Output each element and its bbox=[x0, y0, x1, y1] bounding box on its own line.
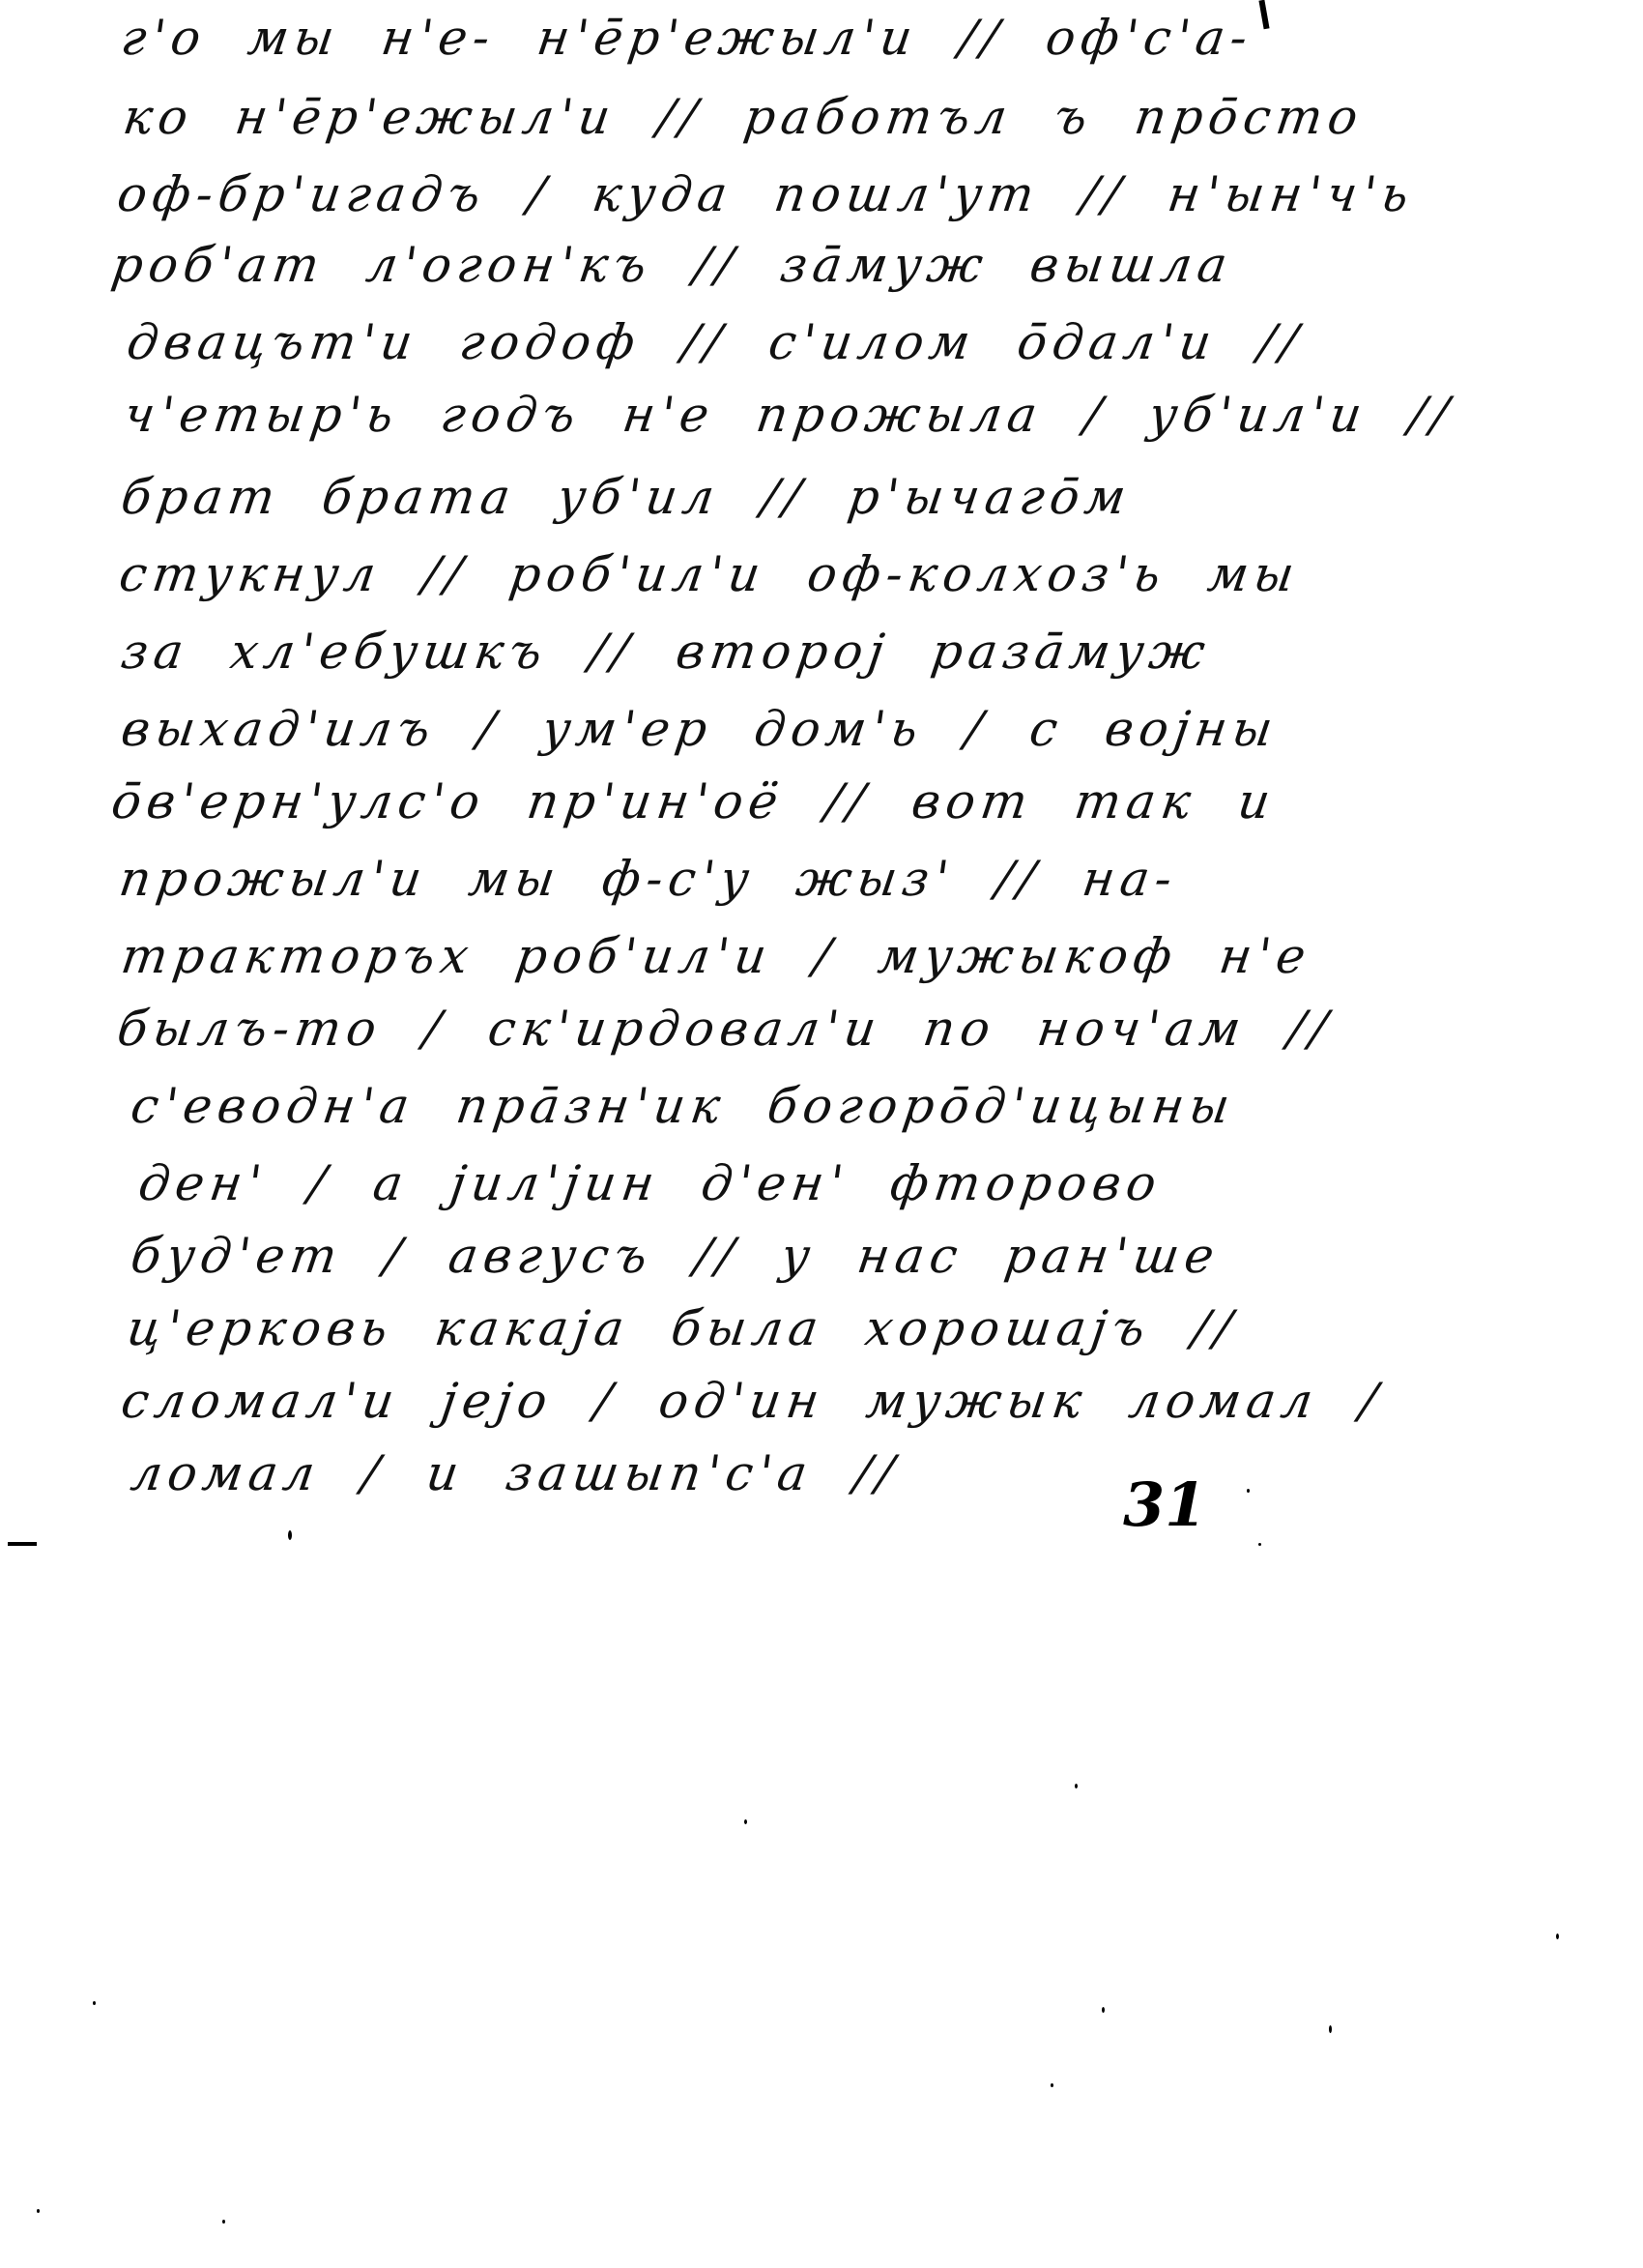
scanned-page: г'о мы н'е- н'е̄р'ежыл'и // оф'с'а- ко н… bbox=[0, 0, 1643, 2268]
scan-speck bbox=[1102, 2007, 1105, 2013]
transcript-line-2: ко н'е̄р'ежыл'и // работъл ъ про̄сто bbox=[120, 89, 1367, 145]
transcript-line-8: стукнул // роб'ил'и оф-колхоз'ь мы bbox=[116, 546, 1303, 602]
scan-speck bbox=[1329, 2025, 1332, 2033]
transcript-line-12: прожыл'и мы ф-с'у жыз' // на- bbox=[116, 851, 1181, 907]
transcript-line-9: за хл'ебушкъ // второj раза̄муж bbox=[118, 624, 1214, 680]
scan-speck bbox=[1051, 2083, 1053, 2087]
transcript-line-15: с'еводн'а пра̄зн'ик богоро̄д'ицыны bbox=[128, 1078, 1239, 1134]
transcript-line-10: выхад'илъ / ум'ер дом'ь / с воjны bbox=[118, 701, 1282, 757]
transcript-line-18: ц'ерковь какаjа была хорошаjъ // bbox=[124, 1300, 1241, 1356]
transcript-line-7: брат брата уб'ил // р'ычаго̄м bbox=[118, 469, 1135, 525]
scan-speck bbox=[744, 1819, 747, 1824]
transcript-line-13: тракторъх роб'ил'и / мужыкоф н'е bbox=[118, 928, 1314, 984]
transcript-line-19: сломал'и jеjо / од'ин мужык ломал / bbox=[118, 1373, 1386, 1429]
transcript-line-16: ден' / а jил'jин д'ен' фторово bbox=[135, 1155, 1166, 1211]
scan-speck bbox=[222, 2220, 225, 2224]
transcript-line-20: ломал / и зашып'с'а // bbox=[128, 1445, 903, 1501]
transcript-line-17: буд'ет / авгусъ // у нас ран'ше bbox=[128, 1228, 1224, 1284]
transcript-line-3: оф-бр'игадъ / куда пошл'ут // н'ын'ч'ь bbox=[114, 166, 1418, 222]
transcript-line-6: ч'етыр'ь годъ н'е прожыла / уб'ил'и // bbox=[121, 387, 1457, 443]
transcript-line-1: г'о мы н'е- н'е̄р'ежыл'и // оф'с'а- bbox=[118, 10, 1256, 66]
scan-speck bbox=[93, 2001, 96, 2005]
page-number: 31 bbox=[1123, 1469, 1206, 1540]
scan-speck bbox=[1556, 1934, 1559, 1939]
transcript-line-11: о̄в'ерн'улс'о пр'ин'оё // вот так и bbox=[108, 773, 1280, 829]
scan-speck bbox=[1247, 1489, 1250, 1493]
scan-speck bbox=[37, 2209, 40, 2213]
scan-artifact bbox=[8, 1542, 37, 1546]
transcript-line-5: двацът'и годоф // с'илом о̄дал'и // bbox=[124, 314, 1307, 370]
scan-artifact bbox=[1258, 0, 1269, 29]
scan-speck bbox=[1258, 1543, 1261, 1546]
scan-speck bbox=[1075, 1784, 1078, 1788]
scan-speck bbox=[288, 1530, 292, 1540]
transcript-line-4: роб'ат л'огон'къ // за̄муж вышла bbox=[108, 237, 1236, 293]
transcript-line-14: былъ-то / ск'ирдовал'и по ноч'ам // bbox=[114, 1001, 1337, 1057]
